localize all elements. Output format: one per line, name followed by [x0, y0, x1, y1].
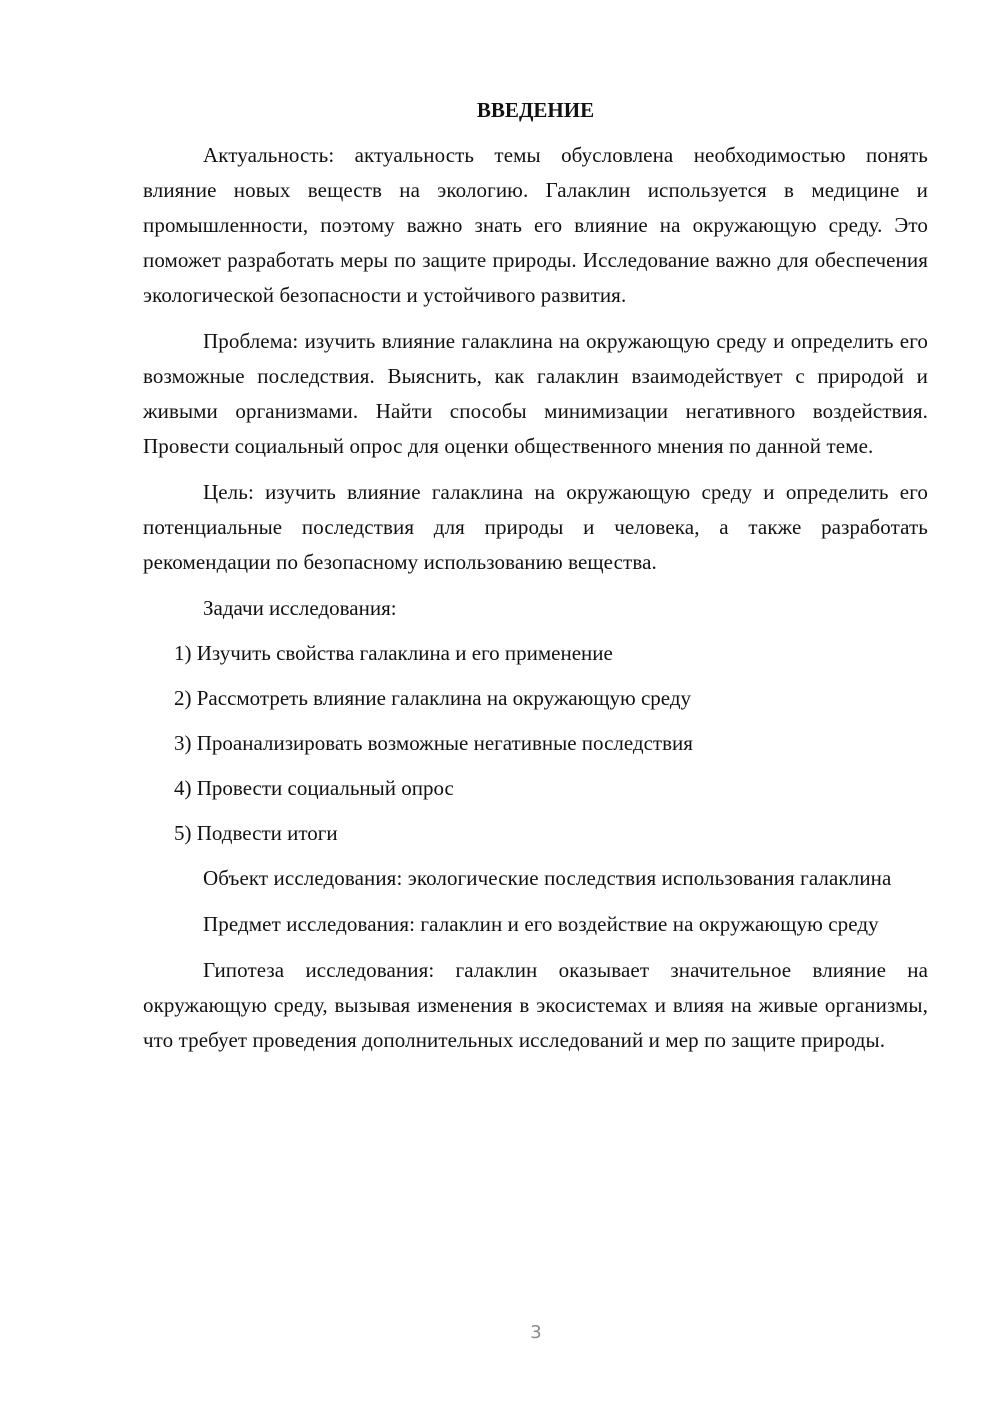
hypothesis-paragraph: Гипотеза исследования: галаклин оказывае… — [143, 953, 928, 1058]
goal-paragraph: Цель: изучить влияние галаклина на окруж… — [143, 475, 928, 580]
document-page: ВВЕДЕНИЕ Актуальность: актуальность темы… — [143, 92, 928, 1069]
page-number: 3 — [0, 1322, 1000, 1343]
problem-paragraph: Проблема: изучить влияние галаклина на о… — [143, 324, 928, 464]
subject-paragraph: Предмет исследования: галаклин и его воз… — [143, 907, 928, 942]
relevance-paragraph: Актуальность: актуальность темы обусловл… — [143, 138, 928, 313]
section-title: ВВЕДЕНИЕ — [143, 92, 928, 128]
object-paragraph: Объект исследования: экологические после… — [143, 861, 928, 896]
tasks-list: 1) Изучить свойства галаклина и его прим… — [143, 636, 928, 851]
list-item: 1) Изучить свойства галаклина и его прим… — [143, 636, 928, 671]
list-item: 4) Провести социальный опрос — [143, 771, 928, 806]
tasks-heading: Задачи исследования: — [143, 591, 928, 626]
list-item: 2) Рассмотреть влияние галаклина на окру… — [143, 681, 928, 716]
list-item: 3) Проанализировать возможные негативные… — [143, 726, 928, 761]
list-item: 5) Подвести итоги — [143, 816, 928, 851]
